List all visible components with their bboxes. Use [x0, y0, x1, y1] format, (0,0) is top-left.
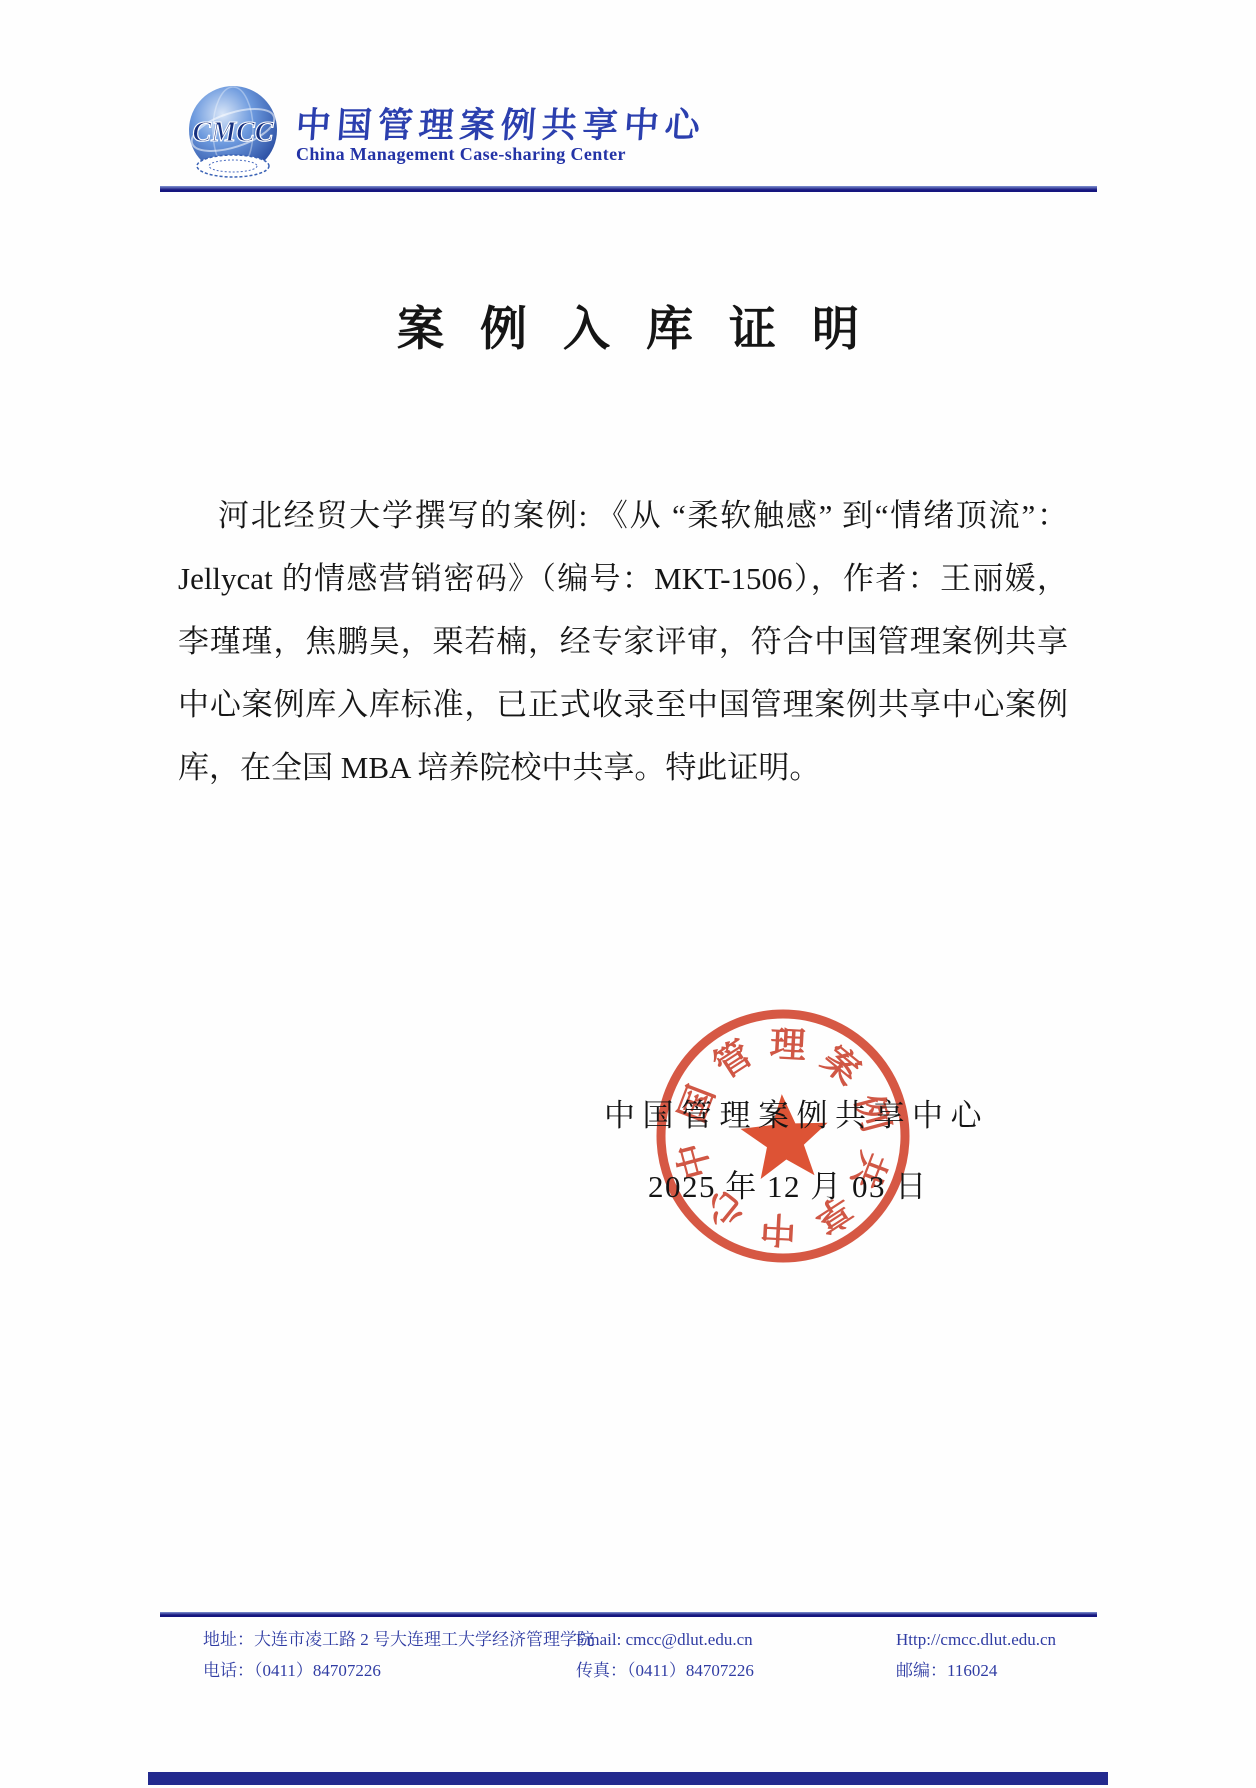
- logo-acronym: CMCC: [193, 117, 274, 148]
- cmcc-globe-logo-icon: CMCC: [182, 84, 284, 188]
- logo-banner: [197, 155, 269, 177]
- certificate-page: CMCC 中国管理案例共享中心 China Management Case-sh…: [0, 0, 1256, 1788]
- signature-date: 2025 年 12 月 03 日: [648, 1161, 928, 1206]
- header-rule: [160, 186, 1097, 192]
- signature-organization: 中国管理案例共享中心: [604, 1090, 989, 1135]
- footer-col-right: Http://cmcc.dlut.edu.cn 邮编：116024: [896, 1624, 1056, 1686]
- page-bottom-bar: [148, 1772, 1108, 1785]
- certificate-title: 案例入库证明: [0, 292, 1256, 359]
- footer-address: 地址：大连市凌工路 2 号大连理工大学经济管理学院: [203, 1624, 594, 1655]
- footer-rule: [160, 1612, 1097, 1617]
- footer-website: Http://cmcc.dlut.edu.cn: [896, 1624, 1056, 1655]
- footer-email: Email: cmcc@dlut.edu.cn: [576, 1624, 754, 1655]
- body-line: 中心案例库入库标准，已正式收录至中国管理案例共享中心案例: [178, 673, 1068, 736]
- footer-postcode: 邮编：116024: [896, 1655, 1056, 1686]
- body-line: 河北经贸大学撰写的案例: 《从 “柔软触感” 到“情绪顶流”：: [178, 484, 1068, 547]
- footer-fax: 传真：（0411）84707226: [576, 1655, 754, 1686]
- svg-text:管: 管: [707, 1033, 759, 1086]
- svg-text:理: 理: [769, 1024, 807, 1066]
- footer-col-left: 地址：大连市凌工路 2 号大连理工大学经济管理学院 电话：（0411）84707…: [203, 1624, 594, 1686]
- body-line: 李瑾瑾，焦鹏昊，栗若楠，经专家评审，符合中国管理案例共享: [178, 610, 1068, 673]
- body-line: 库，在全国 MBA 培养院校中共享。特此证明。: [178, 736, 1068, 799]
- footer-col-middle: Email: cmcc@dlut.edu.cn 传真：（0411）8470722…: [576, 1624, 754, 1686]
- svg-text:中: 中: [759, 1208, 797, 1250]
- header-title-cn: 中国管理案例共享中心: [294, 98, 708, 148]
- body-line: Jellycat 的情感营销密码》（编号：MKT-1506），作者：王丽媛，: [178, 547, 1068, 610]
- official-seal-stamp-icon: 中国管理案例共享中心: [653, 1006, 913, 1266]
- header-title-en: China Management Case-sharing Center: [296, 144, 626, 165]
- footer-phone: 电话：（0411）84707226: [203, 1655, 594, 1686]
- certificate-body: 河北经贸大学撰写的案例: 《从 “柔软触感” 到“情绪顶流”： Jellycat…: [178, 484, 1068, 799]
